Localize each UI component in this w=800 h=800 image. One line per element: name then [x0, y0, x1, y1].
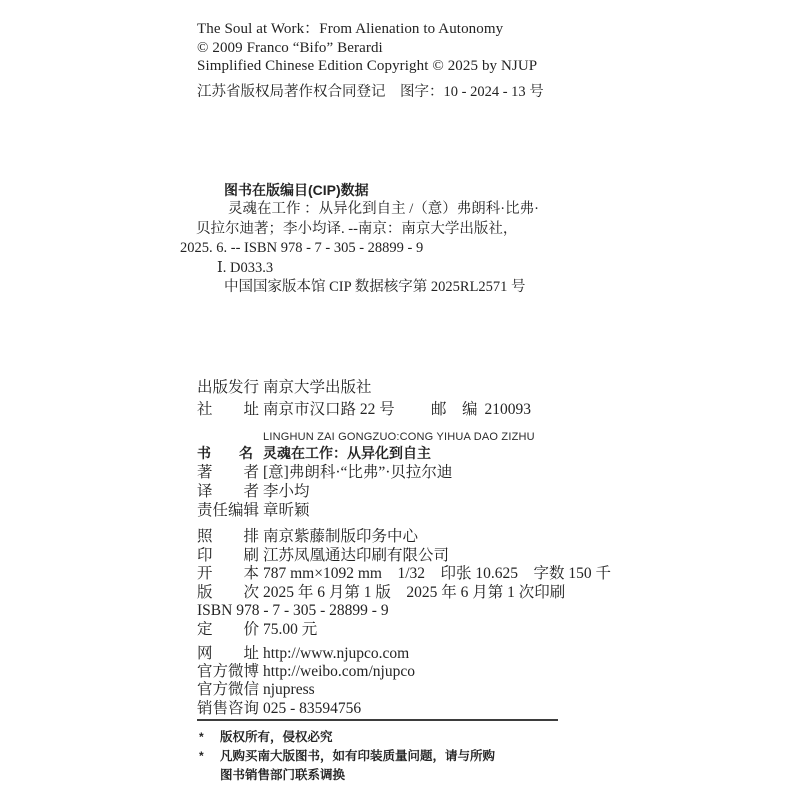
cip-line: 2025. 6. -- ISBN 978 - 7 - 305 - 28899 -… — [180, 239, 539, 258]
row-label: 出版发行 — [197, 377, 263, 399]
chinese-edition-copyright-line: Simplified Chinese Edition Copyright © 2… — [197, 57, 537, 76]
cip-record-number-line: 中国国家版本馆 CIP 数据核字第 2025RL2571 号 — [224, 278, 539, 297]
author-name: [意]弗朗科·“比弗”·贝拉尔迪 — [263, 464, 452, 481]
row-label: 社 址 — [197, 399, 263, 421]
postcode-label: 邮 编 — [431, 401, 478, 418]
original-copyright-line: © 2009 Franco “Bifo” Berardi — [197, 39, 537, 58]
table-row: 译 者李小均 — [197, 482, 452, 501]
table-row: 定 价75.00 元 — [197, 621, 611, 640]
isbn-line: ISBN 978 - 7 - 305 - 28899 - 9 — [197, 602, 611, 621]
asterisk-bullet: * — [199, 728, 204, 747]
wechat-account: njupress — [263, 681, 315, 698]
format-spec: 787 mm×1092 mm 1/32 印张 10.625 字数 150 千 — [263, 565, 611, 582]
typesetter: 南京紫藤制版印务中心 — [263, 528, 418, 545]
notes-block: *版权所有，侵权必究 *凡购买南大版图书，如有印装质量问题，请与所购 图书销售部… — [197, 728, 495, 785]
row-label: 版 次 — [197, 584, 263, 603]
row-label: 照 排 — [197, 528, 263, 547]
row-label: 官方微信 — [197, 681, 263, 699]
table-row: 版 次2025 年 6 月第 1 版 2025 年 6 月第 1 次印刷 — [197, 584, 611, 603]
table-row: 官方微博http://weibo.com/njupco — [197, 663, 415, 681]
note-item: *凡购买南大版图书，如有印装质量问题，请与所购 — [197, 747, 495, 766]
editor-name: 章昕颖 — [263, 502, 310, 519]
publisher-block: 出版发行南京大学出版社 社 址南京市汉口路 22 号 邮 编210093 — [197, 377, 395, 421]
website-url: http://www.njupco.com — [263, 645, 409, 662]
edition-info: 2025 年 6 月第 1 版 2025 年 6 月第 1 次印刷 — [263, 584, 565, 601]
table-row: 责任编辑章昕颖 — [197, 501, 452, 520]
publisher-address: 南京市汉口路 22 号 — [263, 401, 395, 418]
row-label: 译 者 — [197, 482, 263, 501]
table-row: 官方微信njupress — [197, 681, 415, 699]
table-row: 书 名灵魂在工作：从异化到自主 — [197, 444, 452, 463]
printer: 江苏凤凰通达印刷有限公司 — [263, 547, 449, 564]
cip-line: 贝拉尔迪著；李小均译. --南京：南京大学出版社， — [196, 220, 539, 239]
table-row: 网 址http://www.njupco.com — [197, 645, 415, 663]
row-label: 销售咨询 — [197, 700, 263, 718]
original-title-line: The Soul at Work：From Alienation to Auto… — [197, 20, 537, 39]
printing-info-block: 照 排南京紫藤制版印务中心 印 刷江苏凤凰通达印刷有限公司 开 本787 mm×… — [197, 528, 611, 640]
table-row: 销售咨询025 - 83594756 — [197, 700, 415, 718]
table-row: 著 者[意]弗朗科·“比弗”·贝拉尔迪 — [197, 463, 452, 482]
table-row: 印 刷江苏凤凰通达印刷有限公司 — [197, 547, 611, 566]
price-value: 75.00 元 — [263, 621, 317, 638]
row-label: 印 刷 — [197, 547, 263, 566]
translator-name: 李小均 — [263, 483, 310, 500]
row-label: 定 价 — [197, 621, 263, 640]
sales-phone: 025 - 83594756 — [263, 700, 361, 717]
cip-data-block: 图书在版编目(CIP)数据 灵魂在工作 ：从异化到自主 /（意）弗朗科·比弗· … — [180, 181, 539, 297]
pinyin-title: LINGHUN ZAI GONGZUO:CONG YIHUA DAO ZIZHU — [263, 431, 535, 443]
book-copyright-page: The Soul at Work：From Alienation to Auto… — [0, 0, 800, 800]
contact-info-block: 网 址http://www.njupco.com 官方微博http://weib… — [197, 645, 415, 718]
table-row: 社 址南京市汉口路 22 号 邮 编210093 — [197, 399, 395, 421]
original-edition-block: The Soul at Work：From Alienation to Auto… — [197, 20, 537, 76]
license-registration-line: 江苏省版权局著作权合同登记 图字：10 - 2024 - 13 号 — [197, 80, 544, 101]
publisher-name: 南京大学出版社 — [263, 379, 372, 396]
table-row: 照 排南京紫藤制版印务中心 — [197, 528, 611, 547]
note-text: 版权所有，侵权必究 — [220, 730, 333, 744]
asterisk-bullet: * — [199, 747, 204, 766]
postcode: 邮 编210093 — [431, 399, 531, 421]
note-item: *版权所有，侵权必究 — [197, 728, 495, 747]
note-text: 凡购买南大版图书，如有印装质量问题，请与所购 — [220, 749, 495, 763]
cip-title: 图书在版编目(CIP)数据 — [224, 181, 539, 200]
table-row: 开 本787 mm×1092 mm 1/32 印张 10.625 字数 150 … — [197, 565, 611, 584]
note-continuation: 图书销售部门联系调换 — [197, 766, 495, 785]
row-label: 著 者 — [197, 463, 263, 482]
book-title: 灵魂在工作：从异化到自主 — [263, 445, 431, 461]
cip-classification-line: Ⅰ. D033.3 — [217, 259, 539, 278]
weibo-url: http://weibo.com/njupco — [263, 663, 415, 680]
table-row: 出版发行南京大学出版社 — [197, 377, 395, 399]
row-label: 官方微博 — [197, 663, 263, 681]
row-label: 网 址 — [197, 645, 263, 663]
cip-line: 灵魂在工作 ：从异化到自主 /（意）弗朗科·比弗· — [228, 200, 539, 219]
row-label: 书 名 — [197, 444, 263, 463]
row-label: 责任编辑 — [197, 501, 263, 520]
row-label: 开 本 — [197, 565, 263, 584]
postcode-value: 210093 — [485, 401, 532, 418]
book-info-block: 书 名灵魂在工作：从异化到自主 著 者[意]弗朗科·“比弗”·贝拉尔迪 译 者李… — [197, 444, 452, 520]
divider — [197, 719, 558, 721]
